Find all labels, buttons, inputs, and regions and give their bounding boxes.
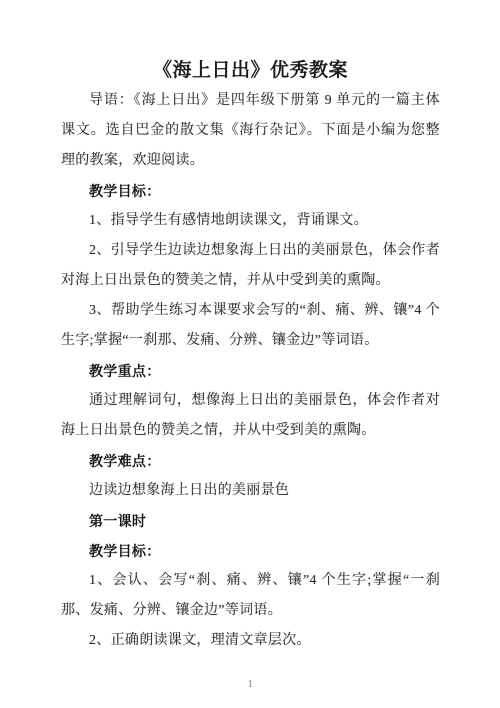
lesson1-goal-item-1: 1、会认、会写“刹、痛、辨、镶”4 个生字;掌握“一刹那、发痛、分辨、镶金边”等… [61, 566, 440, 626]
heading-first-lesson: 第一课时 [61, 506, 440, 536]
document-page: 《海上日出》优秀教案 导语：《海上日出》是四年级下册第 9 单元的一篇主体课文。… [0, 0, 500, 708]
heading-teaching-difficulties: 教学难点： [61, 446, 440, 476]
key-points-paragraph: 通过理解词句，想像海上日出的美丽景色，体会作者对海上日出景色的赞美之情，并从中受… [61, 386, 440, 446]
goal-item-1: 1、指导学生有感情地朗读课文，背诵课文。 [61, 206, 440, 236]
goal-item-3: 3、帮助学生练习本课要求会写的“刹、痛、辨、镶”4 个生字;掌握“一刹那、发痛、… [61, 296, 440, 356]
intro-paragraph: 导语：《海上日出》是四年级下册第 9 单元的一篇主体课文。选自巴金的散文集《海行… [61, 86, 440, 176]
page-number: 1 [61, 674, 440, 694]
heading-teaching-goals: 教学目标： [61, 176, 440, 206]
goal-item-2: 2、引导学生边读边想象海上日出的美丽景色，体会作者对海上日出景色的赞美之情，并从… [61, 236, 440, 296]
document-title: 《海上日出》优秀教案 [61, 56, 440, 86]
heading-teaching-key-points: 教学重点： [61, 356, 440, 386]
difficulties-paragraph: 边读边想象海上日出的美丽景色 [61, 476, 440, 506]
heading-lesson1-teaching-goals: 教学目标： [61, 536, 440, 566]
lesson1-goal-item-2: 2、正确朗读课文，理清文章层次。 [61, 626, 440, 656]
